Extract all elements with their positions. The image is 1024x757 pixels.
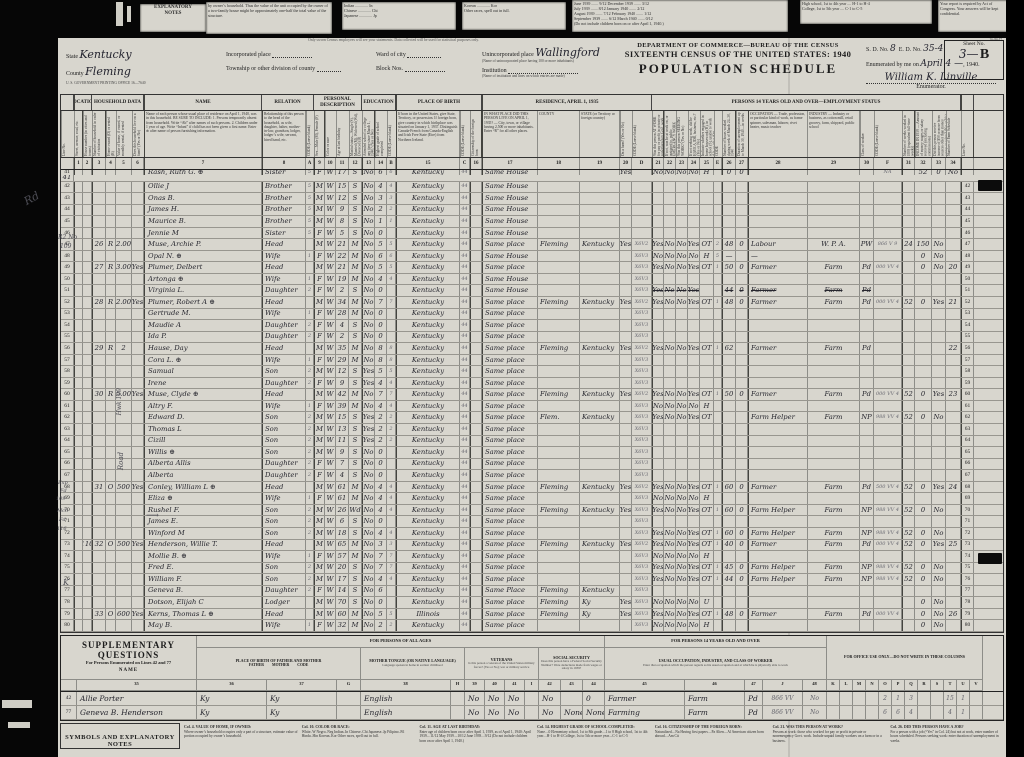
table-cell — [902, 228, 915, 239]
ward-fields: Ward of city Block Nos. — [376, 50, 476, 72]
table-cell: 0 — [915, 482, 932, 493]
table-cell — [932, 285, 946, 296]
table-cell: Same place — [482, 366, 538, 377]
table-cell — [700, 378, 714, 389]
supplementary-cell: Allie Porter — [77, 692, 197, 705]
table-cell: Same place — [482, 505, 538, 516]
scan-edge-right — [1006, 0, 1024, 757]
table-cell: No — [676, 401, 688, 412]
note-column: Col. 4. VALUE OF HOME, IF OWNED:Where ow… — [184, 723, 298, 749]
table-cell — [538, 551, 580, 562]
table-cell: 15 — [336, 182, 349, 193]
table-cell: James H. — [144, 205, 262, 216]
table-cell — [748, 424, 808, 435]
supplementary-cell: 6 — [879, 706, 892, 719]
table-cell — [700, 182, 714, 193]
table-cell: 0 — [915, 540, 932, 551]
column-description: CODE (Leave blank) — [306, 111, 314, 157]
table-row: 42Ollie JBrother5MW15SNo44Kentucky44Same… — [61, 182, 1003, 194]
column-description: INCOME IN 1939 — Amount of money wages o… — [915, 111, 932, 157]
table-cell — [946, 355, 961, 366]
table-cell — [470, 482, 482, 493]
table-cell: Farmer — [748, 609, 808, 620]
table-cell — [306, 262, 314, 273]
table-cell: 48 — [61, 251, 74, 262]
table-cell — [620, 378, 632, 389]
table-cell: M — [314, 297, 325, 308]
table-cell — [874, 459, 902, 470]
column-description: INDUSTRY — Industry or business, as cott… — [808, 111, 860, 157]
table-cell — [902, 205, 915, 216]
table-cell: 5 — [714, 251, 722, 262]
table-cell: Kentucky — [396, 309, 460, 320]
schedule-title: POPULATION SCHEDULE — [618, 61, 858, 77]
table-cell: Same place — [482, 378, 538, 389]
table-cell: W — [325, 424, 336, 435]
banner-14-over: FOR PERSONS 14 YEARS OLD AND OVER — [605, 636, 827, 648]
table-cell — [74, 528, 83, 539]
table-cell: Yes — [652, 540, 664, 551]
table-cell: 44 — [460, 574, 470, 585]
table-cell — [688, 332, 700, 343]
table-cell: M — [314, 540, 325, 551]
table-cell — [538, 216, 580, 227]
table-cell: M — [314, 528, 325, 539]
table-cell: 78 — [61, 597, 74, 608]
table-cell — [874, 470, 902, 481]
table-cell — [74, 620, 83, 631]
table-cell — [580, 436, 620, 447]
table-cell: X6V3 — [632, 586, 652, 597]
table-cell: Fleming — [538, 343, 580, 354]
table-cell: No — [362, 528, 375, 539]
supplementary-title: SUPPLEMENTARY QUESTIONS — [61, 641, 196, 661]
table-cell: 52 — [902, 389, 915, 400]
table-cell: Yes — [132, 262, 144, 273]
table-row: 5629R2Hause, DayHeadMW35MNo88Kentucky44S… — [61, 343, 1003, 355]
table-cell — [106, 401, 116, 412]
table-cell — [688, 366, 700, 377]
table-cell: 1 — [306, 551, 314, 562]
table-cell — [83, 378, 92, 389]
column-number: 2 — [83, 158, 92, 169]
table-cell — [808, 424, 860, 435]
table-cell: Farmer — [748, 389, 808, 400]
table-cell: No — [664, 563, 676, 574]
table-cell: Head — [262, 540, 306, 551]
table-cell — [808, 228, 860, 239]
column-description: If born in the United States, give State… — [396, 111, 460, 157]
table-cell: 44 — [460, 320, 470, 331]
table-cell: M — [314, 482, 325, 493]
table-cell: 4 — [387, 528, 396, 539]
table-cell: F — [314, 378, 325, 389]
table-cell — [808, 355, 860, 366]
table-cell: Same place — [482, 597, 538, 608]
note-body: Enter age of children born on or after A… — [419, 730, 533, 743]
table-cell — [946, 182, 961, 193]
table-cell: Kentucky — [396, 343, 460, 354]
table-cell: 2 — [306, 424, 314, 435]
table-cell: X6V3 — [632, 597, 652, 608]
table-cell: F — [314, 586, 325, 597]
column-number: 31 — [902, 158, 915, 169]
table-cell: 8 — [375, 343, 387, 354]
table-cell: 6 — [387, 251, 396, 262]
table-cell — [808, 193, 860, 204]
table-cell: Alberta — [144, 470, 262, 481]
state-value: Kentucky — [80, 48, 132, 61]
table-cell — [132, 228, 144, 239]
table-cell: 4 — [375, 574, 387, 585]
table-cell — [116, 274, 132, 285]
table-cell: 1 — [306, 274, 314, 285]
table-cell — [83, 551, 92, 562]
table-cell: Head — [262, 262, 306, 273]
table-cell — [722, 516, 736, 527]
table-cell: S — [349, 436, 362, 447]
table-cell — [874, 309, 902, 320]
supplementary-column-number: 37 — [267, 680, 337, 691]
table-cell: Wife — [262, 620, 306, 631]
table-cell — [620, 551, 632, 562]
table-cell — [860, 436, 874, 447]
table-cell — [946, 285, 961, 296]
table-cell: M — [349, 251, 362, 262]
table-cell — [83, 366, 92, 377]
table-cell — [106, 366, 116, 377]
table-cell — [132, 447, 144, 458]
table-cell: 80 — [961, 620, 974, 631]
table-cell: 44 — [460, 528, 470, 539]
group-mother-tongue: MOTHER TONGUE (OR NATIVE LANGUAGE) Langu… — [361, 648, 465, 680]
table-cell: 2 — [375, 620, 387, 631]
table-cell — [620, 193, 632, 204]
table-cell — [748, 459, 808, 470]
table-cell: Farm — [808, 574, 860, 585]
note-column: Col. 16. CITIZENSHIP OF THE FOREIGN BORN… — [655, 723, 769, 749]
table-cell: Same place — [482, 436, 538, 447]
table-cell — [538, 170, 580, 175]
table-cell: 0 — [375, 309, 387, 320]
table-cell — [92, 205, 106, 216]
table-cell — [92, 320, 106, 331]
supplementary-cell — [451, 706, 465, 719]
table-cell — [132, 401, 144, 412]
table-cell — [116, 574, 132, 585]
table-cell: W — [325, 482, 336, 493]
supplementary-cell: No — [485, 692, 505, 705]
column-description: CODE (Leave blank) — [632, 111, 652, 157]
table-cell: Alberta Allis — [144, 459, 262, 470]
note-body: Persons at work: those who worked for pa… — [773, 730, 887, 743]
table-cell: Opal N. ⊕ — [144, 251, 262, 262]
table-cell: 60 — [336, 609, 349, 620]
table-cell: Kentucky — [580, 389, 620, 400]
column-group-label: PERSONAL DESCRIPTION — [314, 95, 362, 110]
supplementary-cell: Geneva B. Henderson — [77, 706, 197, 719]
table-cell — [116, 586, 132, 597]
supplementary-subtitle: For Persons Enumerated on Lines 42 and 7… — [86, 661, 171, 666]
table-cell — [470, 586, 482, 597]
table-cell: Fleming — [538, 239, 580, 250]
table-row: 45Maurice B.Brother5MW8SNo11Kentucky44Sa… — [61, 216, 1003, 228]
table-cell: No — [362, 482, 375, 493]
table-cell: Head — [262, 297, 306, 308]
column-number: B — [387, 158, 396, 169]
table-cell: 2 — [387, 412, 396, 423]
table-cell: Kentucky — [396, 251, 460, 262]
table-cell: Yes — [132, 482, 144, 493]
table-cell — [932, 182, 946, 193]
table-cell — [106, 412, 116, 423]
table-cell: Brother — [262, 193, 306, 204]
table-cell — [676, 228, 688, 239]
table-cell: 24 — [902, 239, 915, 250]
table-cell: 44 — [460, 309, 470, 320]
table-cell: 55 — [61, 332, 74, 343]
table-cell — [116, 285, 132, 296]
table-cell: 59 — [961, 378, 974, 389]
table-cell: M — [349, 274, 362, 285]
table-cell — [74, 597, 83, 608]
note-column: Col. 10. COLOR OR RACE:White..W Negro..N… — [302, 723, 416, 749]
table-cell — [932, 516, 946, 527]
table-cell: Pd — [860, 297, 874, 308]
table-cell: 1 — [714, 540, 722, 551]
table-cell: No — [664, 505, 676, 516]
table-cell — [860, 551, 874, 562]
table-cell: Kentucky — [396, 274, 460, 285]
table-cell: W — [325, 274, 336, 285]
institution-caption: (Name of institution and lines on which … — [482, 74, 632, 78]
table-cell — [470, 228, 482, 239]
table-cell — [902, 309, 915, 320]
table-cell: No — [652, 251, 664, 262]
table-cell: 4 — [375, 182, 387, 193]
table-cell: X6V3 — [632, 320, 652, 331]
table-cell: No — [676, 528, 688, 539]
table-cell: No — [362, 216, 375, 227]
table-cell: 4 — [387, 505, 396, 516]
table-cell: Kentucky — [396, 216, 460, 227]
group-parents-birthplace: PLACE OF BIRTH OF FATHER AND MOTHER FATH… — [197, 648, 361, 680]
table-cell: Kentucky — [396, 412, 460, 423]
table-cell: OT — [700, 574, 714, 585]
table-cell: 2 — [306, 586, 314, 597]
table-cell — [902, 378, 915, 389]
margin-note: 109 — [56, 496, 66, 502]
table-cell — [580, 355, 620, 366]
table-cell: R — [106, 262, 116, 273]
table-cell: Wd — [349, 505, 362, 516]
table-cell: Head — [262, 389, 306, 400]
table-cell: 63 — [61, 424, 74, 435]
group-veterans: VETERANS Is this person a veteran of the… — [465, 648, 539, 680]
table-cell: 66 — [961, 459, 974, 470]
table-cell: 2 — [306, 574, 314, 585]
table-cell: 74 — [961, 551, 974, 562]
column-number: C — [460, 158, 470, 169]
table-cell: Same place — [482, 389, 538, 400]
table-cell — [132, 251, 144, 262]
table-cell — [620, 528, 632, 539]
table-cell: 44 — [460, 355, 470, 366]
supplementary-cell — [827, 692, 840, 705]
table-cell: 61 — [336, 482, 349, 493]
table-cell: 12 — [336, 366, 349, 377]
supplementary-cell — [561, 692, 583, 705]
table-cell: 1 — [714, 343, 722, 354]
supplementary-column-number: I — [525, 680, 539, 691]
table-cell — [538, 447, 580, 458]
table-cell: W — [325, 239, 336, 250]
table-cell: Same place — [482, 574, 538, 585]
table-cell — [902, 620, 915, 631]
table-cell — [580, 262, 620, 273]
supplementary-cell — [525, 706, 539, 719]
supplementary-column-number: P — [892, 680, 905, 691]
table-cell: Edward D. — [144, 412, 262, 423]
sheet-value: 3— — [959, 47, 979, 61]
table-cell: 5 — [336, 228, 349, 239]
table-cell: No — [664, 412, 676, 423]
table-cell: S — [349, 216, 362, 227]
table-cell — [915, 193, 932, 204]
table-cell — [387, 586, 396, 597]
table-cell: M — [314, 424, 325, 435]
table-cell — [74, 436, 83, 447]
table-cell: 26 — [336, 505, 349, 516]
table-cell — [92, 216, 106, 227]
column-description: Color or race — [325, 111, 336, 157]
table-cell — [74, 378, 83, 389]
supplementary-cell: 866 VV — [763, 706, 803, 719]
table-row: 4726R2.00Muse, Archie P.HeadMW21MNo55Ken… — [61, 239, 1003, 251]
table-cell: Yes — [132, 540, 144, 551]
table-cell: Dotson, Elijah C — [144, 597, 262, 608]
supplementary-column-number: R — [918, 680, 931, 691]
table-cell — [83, 447, 92, 458]
table-cell: 44 — [460, 182, 470, 193]
table-cell — [915, 424, 932, 435]
supplementary-column-number: 43 — [561, 680, 583, 691]
table-cell: No — [676, 251, 688, 262]
table-cell: 5 — [387, 366, 396, 377]
table-cell: Pd — [860, 389, 874, 400]
table-row: 69Eliza ⊕Wife1FW61MNo44Kentucky44Same pl… — [61, 493, 1003, 505]
table-cell: S — [349, 424, 362, 435]
table-cell — [538, 516, 580, 527]
table-cell: 2 — [116, 343, 132, 354]
table-cell — [83, 355, 92, 366]
table-cell: Same place — [482, 609, 538, 620]
table-cell: 0 — [915, 620, 932, 631]
table-cell — [874, 355, 902, 366]
table-cell: No — [676, 540, 688, 551]
supplementary-cell — [840, 706, 853, 719]
table-cell: X6V3 — [632, 574, 652, 585]
table-cell — [808, 205, 860, 216]
table-cell — [808, 516, 860, 527]
table-cell: F — [314, 332, 325, 343]
table-cell — [116, 620, 132, 631]
table-cell — [306, 482, 314, 493]
table-cell: W — [325, 366, 336, 377]
supplementary-cell — [866, 692, 879, 705]
table-cell — [946, 366, 961, 377]
table-cell: 1 — [714, 528, 722, 539]
table-cell: No — [664, 574, 676, 585]
table-cell: X6V3 — [632, 401, 652, 412]
table-cell: 45 — [722, 563, 736, 574]
table-cell: No — [664, 239, 676, 250]
table-row: 51Virginia L.Daughter2FW2SNo0Kentucky44S… — [61, 285, 1003, 297]
table-cell — [132, 516, 144, 527]
table-cell: X6V3 — [632, 436, 652, 447]
table-cell: No — [362, 285, 375, 296]
table-cell: No — [932, 597, 946, 608]
table-cell: 32 — [336, 620, 349, 631]
table-cell — [132, 436, 144, 447]
table-row: 54Maudie ADaughter2FW4SNo0Kentucky44Same… — [61, 320, 1003, 332]
table-cell: X6V3 — [632, 262, 652, 273]
supplementary-column-number: 47 — [745, 680, 763, 691]
table-cell — [580, 378, 620, 389]
table-cell — [132, 378, 144, 389]
table-cell — [116, 436, 132, 447]
column-description: IN WHAT PLACE DID THIS PERSON LIVE ON AP… — [482, 111, 538, 157]
table-cell — [92, 355, 106, 366]
table-cell — [748, 470, 808, 481]
table-cell: M — [314, 563, 325, 574]
supplementary-cell — [840, 692, 853, 705]
table-cell: S — [349, 586, 362, 597]
table-cell: 4 — [387, 182, 396, 193]
table-cell: F — [314, 309, 325, 320]
table-cell — [700, 216, 714, 227]
table-cell: No — [676, 620, 688, 631]
table-cell: Kerns, Thomas L ⊕ — [144, 609, 262, 620]
table-cell — [470, 505, 482, 516]
table-cell: Yes — [932, 389, 946, 400]
table-cell — [700, 447, 714, 458]
column-description: Value of home, if owned, or monthly rent… — [116, 111, 132, 157]
table-cell: Kentucky — [396, 447, 460, 458]
table-cell: X6V3 — [632, 251, 652, 262]
table-cell: Yes — [362, 424, 375, 435]
table-cell — [932, 355, 946, 366]
table-cell: No — [362, 470, 375, 481]
table-cell: 43 — [961, 193, 974, 204]
supplementary-cell: Ky — [197, 706, 267, 719]
table-cell: 500 — [116, 540, 132, 551]
table-cell — [116, 320, 132, 331]
table-cell — [306, 540, 314, 551]
table-cell: Wife — [262, 493, 306, 504]
margin-note: K — [63, 578, 69, 587]
table-cell: 48 — [722, 297, 736, 308]
table-cell: Same House — [482, 274, 538, 285]
table-cell: 52 — [902, 574, 915, 585]
table-cell: Yes — [688, 262, 700, 273]
table-cell — [620, 586, 632, 597]
table-cell — [74, 609, 83, 620]
column-description: Attended school or college any time sinc… — [362, 111, 375, 157]
table-cell: 6 — [375, 251, 387, 262]
supplementary-cell: Ky — [197, 692, 267, 705]
table-cell: X6V2 — [632, 482, 652, 493]
